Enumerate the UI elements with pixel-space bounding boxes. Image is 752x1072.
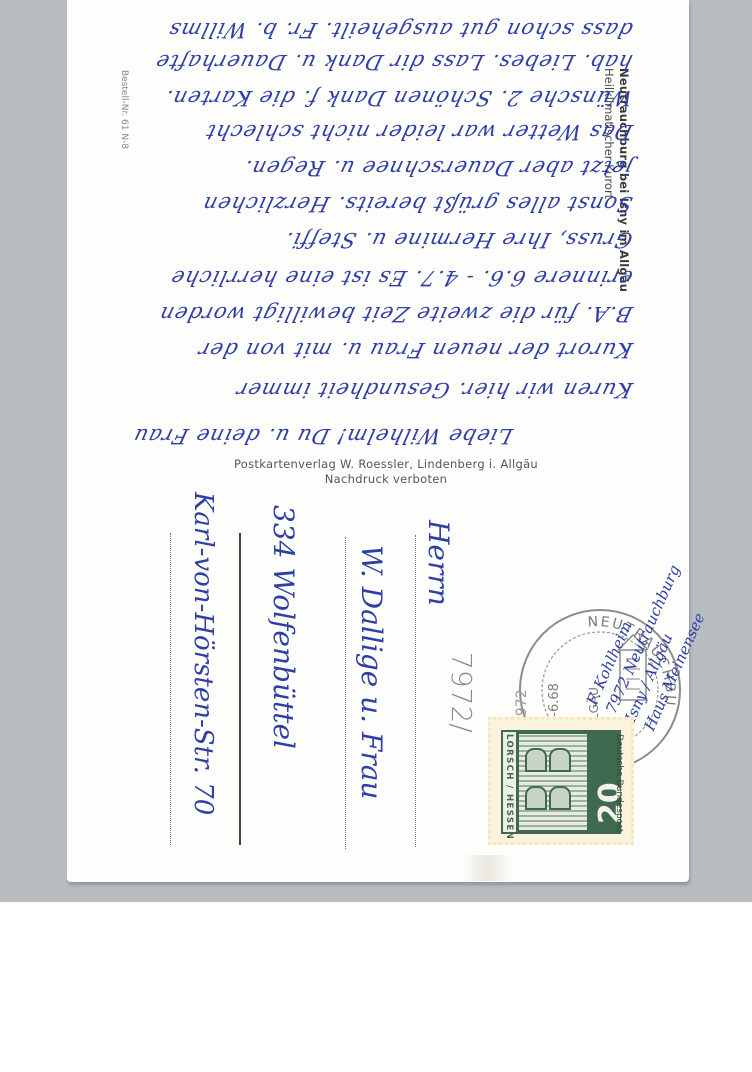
message-line: Das Wetter war leider nicht schlecht	[203, 120, 635, 144]
publisher-name: Postkartenverlag W. Roessler, Lindenberg…	[206, 457, 566, 472]
stamp-arch	[549, 748, 571, 772]
address-line-4: Karl-von-Hörsten-Str. 70	[188, 492, 218, 815]
stamp-building-illustration	[519, 734, 587, 830]
stamp-image: LORSCH / HESSEN 20 Deutsche Bundespost	[501, 730, 621, 834]
reprint-notice: Nachdruck verboten	[206, 472, 566, 487]
address-line-1: Herrn	[422, 520, 455, 606]
message-line: erinnere 6.6. - 4.7. Es ist eine herrlic…	[168, 266, 635, 290]
message-line: Gruss, Ihre Hermine u. Steffi.	[282, 228, 635, 252]
postage-stamp: LORSCH / HESSEN 20 Deutsche Bundespost	[488, 717, 634, 845]
message-line: hab. Liebes. Lass dir Dank u. Dauerhafte	[152, 50, 635, 74]
message-line: dass schon gut ausgeheilt. Fr. b. Willms	[165, 18, 635, 42]
handwritten-message: dass schon gut ausgeheilt. Fr. b. Willms…	[72, 2, 632, 462]
message-line: B.A. für die zweite Zeit bewilligt worde…	[156, 302, 635, 326]
address-line	[415, 535, 416, 847]
message-line: jetzt aber Dauerschnee u. Regen.	[241, 156, 635, 180]
stamp-country: Deutsche Bundespost	[614, 734, 624, 832]
message-line: Kuren wir hier. Gesundheit immer	[233, 378, 635, 402]
publisher-imprint: Postkartenverlag W. Roessler, Lindenberg…	[206, 457, 566, 487]
stamp-arch	[525, 748, 547, 772]
address-line	[345, 537, 346, 849]
message-line: Wünsche 2. Schönen Dank f. die Karten.	[162, 86, 635, 110]
address-line	[239, 533, 241, 845]
address-line	[170, 533, 171, 845]
message-line: Kurort der neuen Frau u. mit von der	[195, 338, 635, 362]
address-line-3: 334 Wolfenbüttel	[267, 505, 300, 749]
card-crease	[462, 855, 512, 881]
message-line: Liebe Wilhelm! Du u. deine Frau	[130, 424, 515, 448]
stamp-arch	[549, 786, 571, 810]
message-line: Sonst alles grüßt bereits. Herzlichen	[199, 192, 635, 216]
address-line-2: W. Dallige u. Frau	[355, 545, 388, 799]
pencil-note: 7972/	[445, 652, 478, 733]
stamp-caption: LORSCH / HESSEN	[504, 734, 514, 840]
stamp-arch	[525, 786, 547, 810]
